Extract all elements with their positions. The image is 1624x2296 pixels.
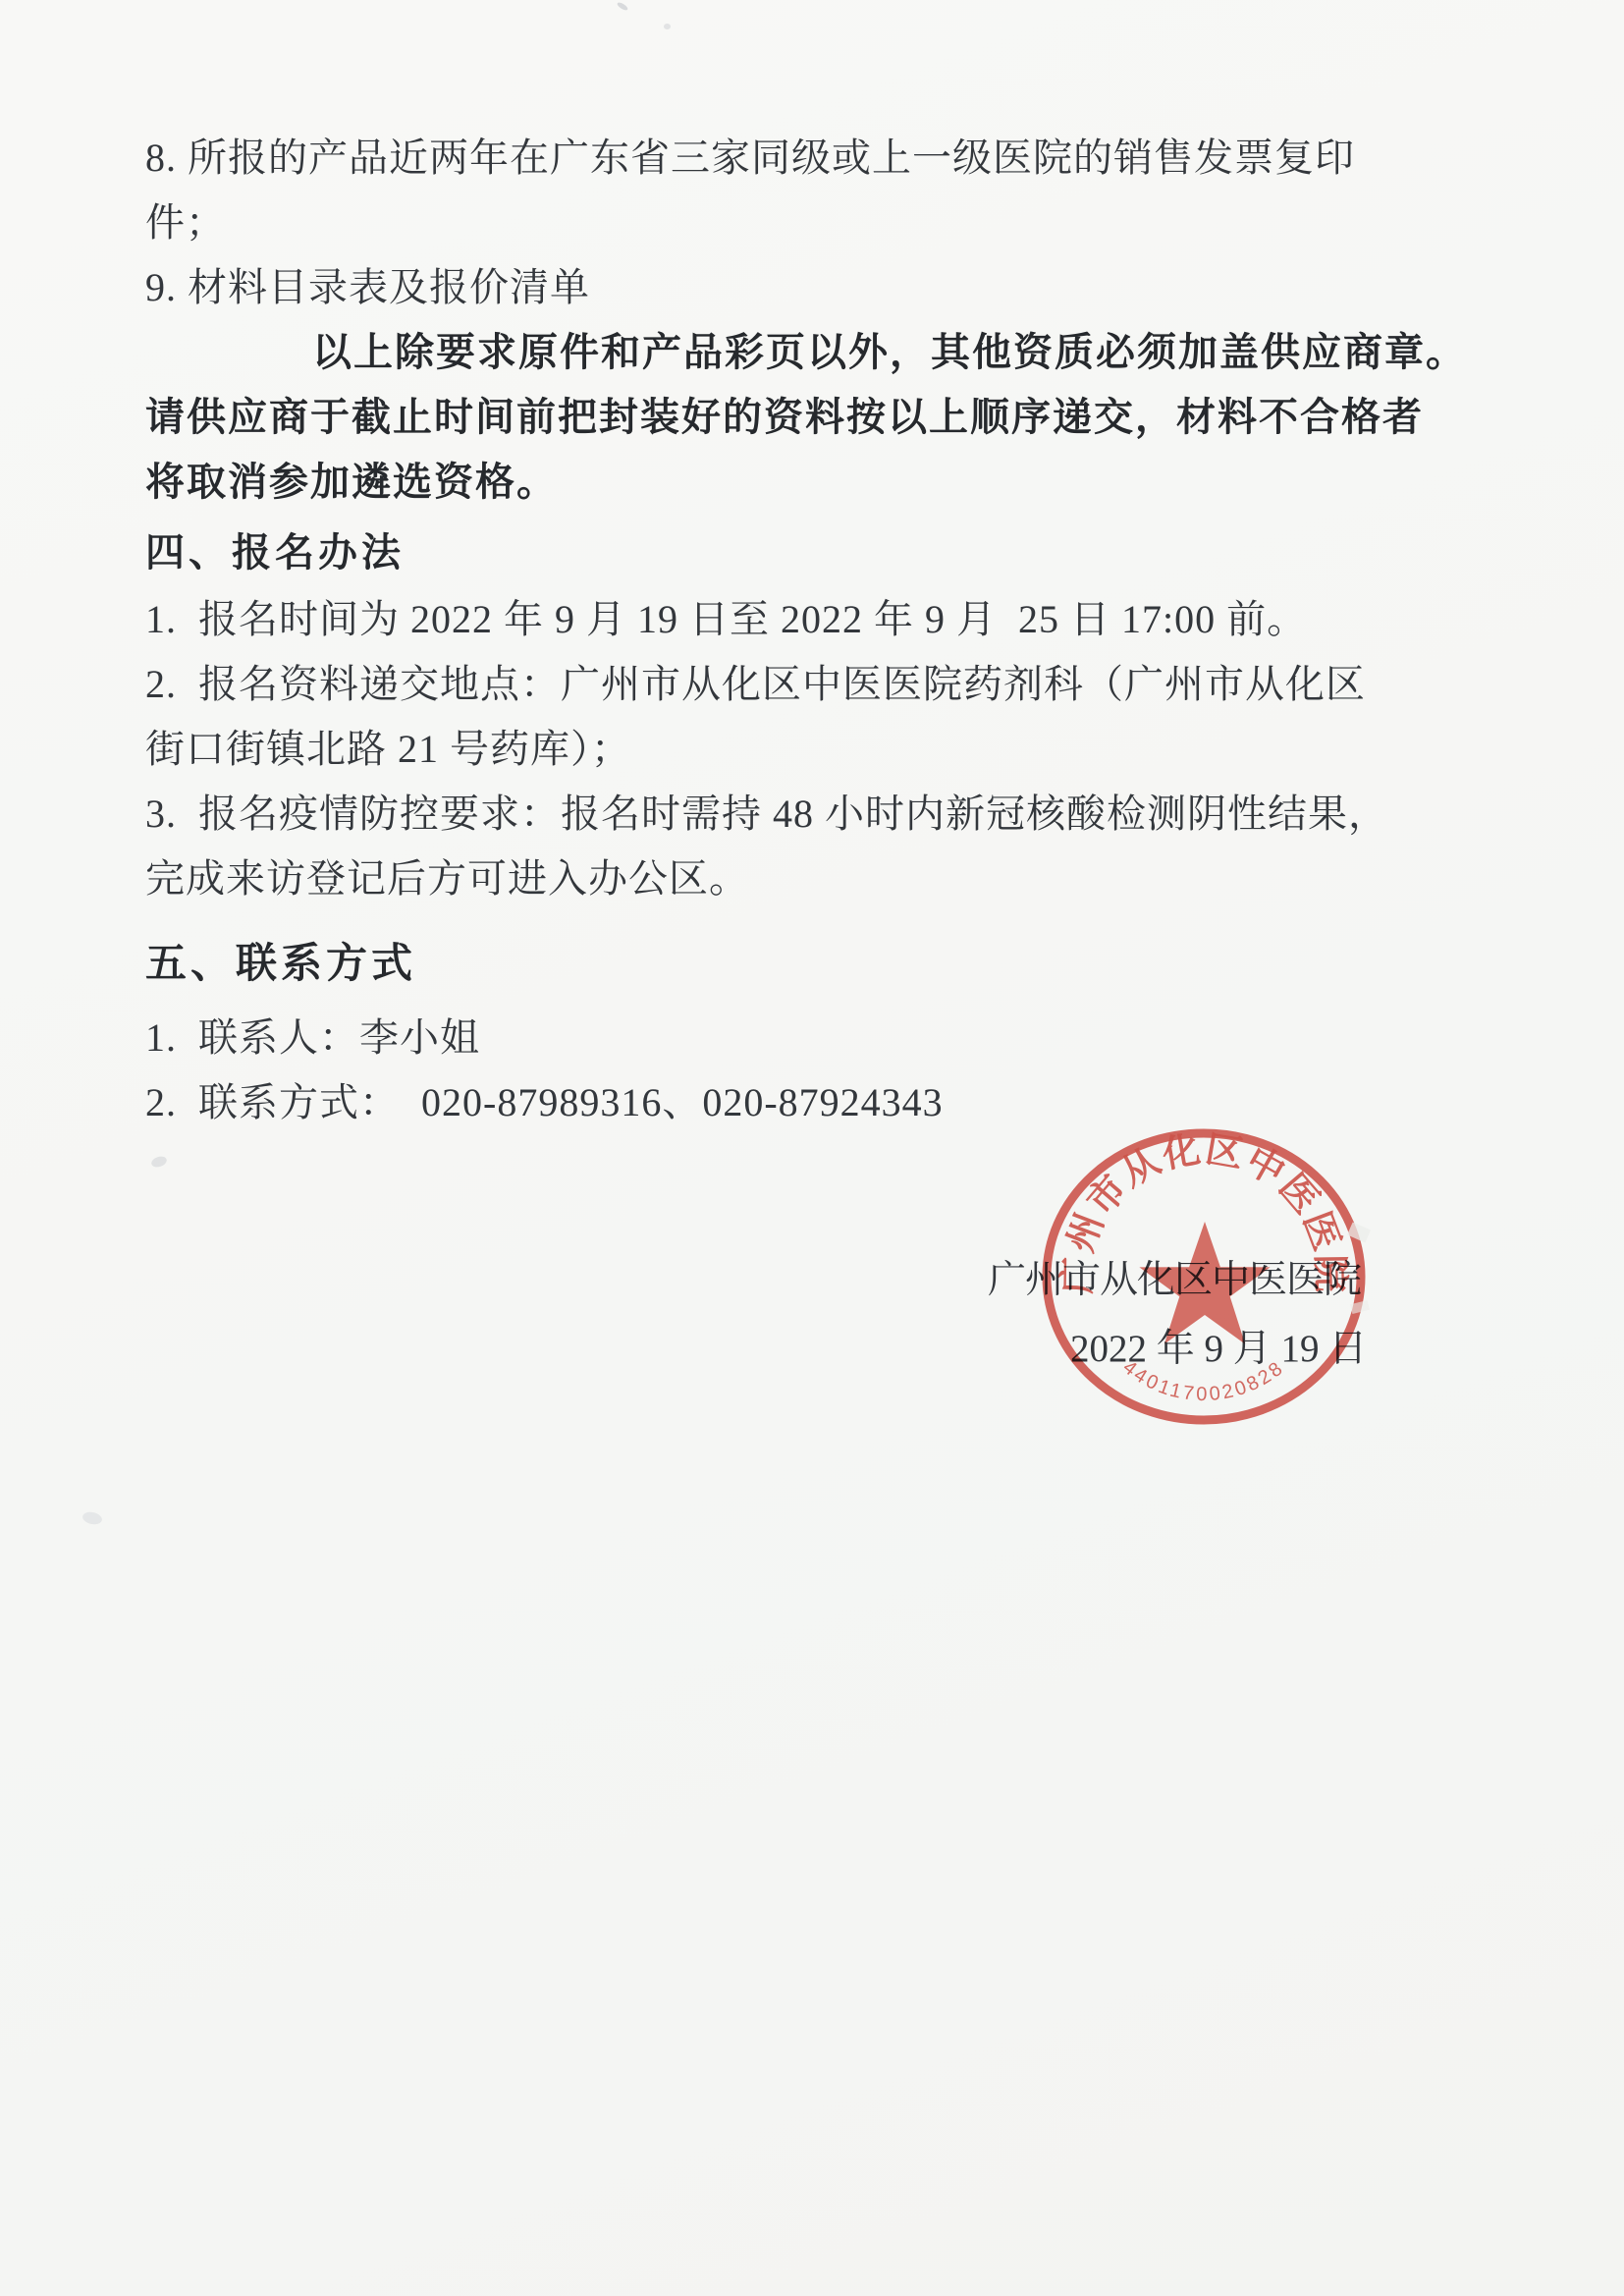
text-line-reg-address: 2. 报名资料递交地点：广州市从化区中医医院药剂科（广州市从化区 [145,652,1565,717]
scan-artifact [150,1155,168,1169]
scan-artifact [617,1,629,12]
text-line-contact-phone: 2. 联系方式： 020-87989316、020-87924343 [145,1070,1565,1135]
section-heading-5: 五、联系方式 [145,931,1565,996]
text-line-item8-cont: 件； [145,191,1565,255]
scan-artifact [81,1510,103,1526]
text-line-contact-person: 1. 联系人：李小姐 [145,1006,1565,1070]
text-line-reg-time: 1. 报名时间为 2022 年 9 月 19 日至 2022 年 9 月 25 … [145,587,1565,652]
text-line-notice-2: 请供应商于截止时间前把封装好的资料按以上顺序递交，材料不合格者 [145,385,1565,450]
stamp-ring-break [1347,1223,1371,1243]
signature-date: 2022 年 9 月 19 日 [1070,1318,1367,1373]
document-body: 8. 所报的产品近两年在广东省三家同级或上一级医院的销售发票复印 件； 9. 材… [145,126,1565,1135]
text-line-reg-address-2: 街口街镇北路 21 号药库）； [145,717,1565,782]
text-line-covid-req-2: 完成来访登记后方可进入办公区。 [145,847,1565,911]
text-line-notice-1: 以上除要求原件和产品彩页以外，其他资质必须加盖供应商章。 [145,320,1565,385]
section-heading-4: 四、报名办法 [145,520,1565,585]
signature-organization: 广州市从化区中医医院 [988,1249,1361,1304]
text-line-item8: 8. 所报的产品近两年在广东省三家同级或上一级医院的销售发票复印 [145,126,1565,191]
scan-artifact [664,24,671,29]
text-line-notice-3: 将取消参加遴选资格。 [145,450,1565,515]
scanned-document-page: 8. 所报的产品近两年在广东省三家同级或上一级医院的销售发票复印 件； 9. 材… [0,0,1624,2296]
text-line-item9: 9. 材料目录表及报价清单 [145,255,1565,320]
text-line-covid-req: 3. 报名疫情防控要求：报名时需持 48 小时内新冠核酸检测阴性结果， [145,782,1565,847]
